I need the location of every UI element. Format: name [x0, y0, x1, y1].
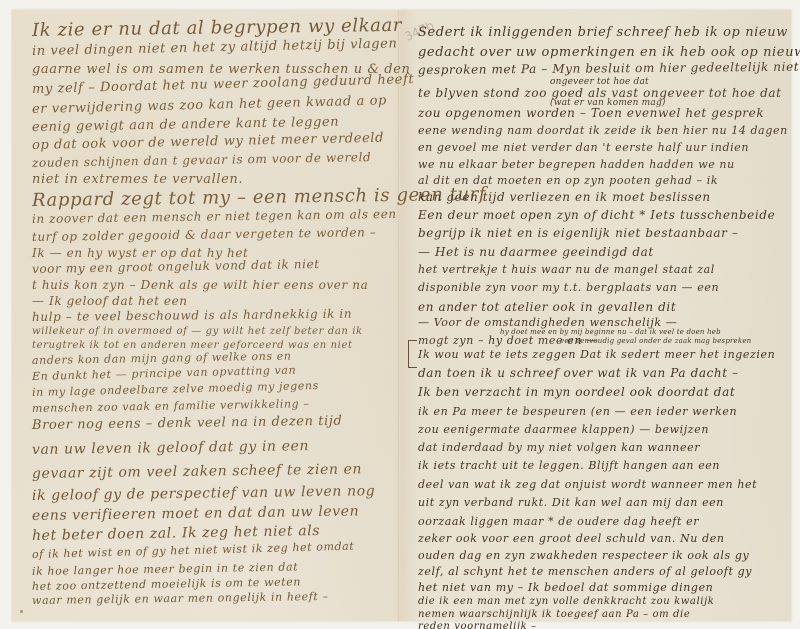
handwritten-line: waar men gelijk en waar men ongelijk in … [32, 590, 329, 607]
handwritten-line: ouden dag en zyn zwakheden respecteer ik… [418, 549, 749, 562]
handwritten-line: Een deur moet open zyn of dicht * Iets t… [418, 208, 775, 222]
handwritten-line: er verwijdering was zoo kan het geen kwa… [32, 93, 387, 117]
letter-sheet: 347b Ik zie er nu dat al begrypen wy elk… [12, 10, 791, 621]
handwritten-line: zou opgenomen worden – Toen evenwel het … [418, 106, 764, 120]
handwritten-line: oorzaak liggen maar * de oudere dag heef… [418, 515, 699, 528]
handwritten-line: zou eenigermate daarmee klappen) — bewij… [418, 423, 709, 436]
handwritten-line: kan geen tijd verliezen en ik moet besli… [418, 190, 711, 204]
handwritten-line: al dit en dat moeten en op zyn pooten ge… [418, 174, 718, 187]
left-page: Ik zie er nu dat al begrypen wy elkaar i… [12, 10, 398, 621]
handwritten-line: dat inderdaad by my niet volgen kan wann… [418, 441, 700, 454]
handwritten-line: begrijp ik niet en is eigenlijk niet bes… [418, 226, 739, 240]
paper-speck [20, 610, 23, 613]
handwritten-line: we nu elkaar beter begrepen hadden hadde… [418, 158, 735, 171]
handwritten-line: Ik ben verzacht in myn oordeel ook doord… [418, 385, 735, 399]
handwritten-line: Ik wou wat te iets zeggen Dat ik sedert … [418, 348, 775, 361]
handwritten-line: zouden schijnen dan t gevaar is om voor … [32, 150, 372, 170]
handwritten-line: — Ik geloof dat het een [32, 294, 188, 308]
handwritten-line: ik geloof gy de perspectief van uw leven… [32, 483, 375, 504]
handwritten-line: niet in extremes te vervallen. [32, 172, 243, 187]
handwritten-line: zelf, al schynt het te menschen anders o… [418, 565, 752, 578]
handwritten-line: deel van wat ik zeg dat onjuist wordt wa… [418, 478, 757, 491]
handwritten-line: hulp – te veel beschouwd is als hardnekk… [32, 307, 352, 324]
handwritten-line: willekeur of in overmoed of — gy wilt he… [32, 326, 363, 337]
handwritten-line: Broer nog eens – denk veel na in dezen t… [32, 414, 343, 433]
handwritten-line: gesproken met Pa – Myn besluit om hier g… [418, 60, 799, 77]
handwritten-line: ik iets tracht uit te leggen. Blijft han… [418, 459, 720, 472]
handwritten-line: gevaar zijt om veel zaken scheef te zien… [32, 461, 362, 482]
handwritten-line: in my lage ondeelbare zelve moedig my je… [32, 379, 319, 399]
handwritten-line: het vertrekje t huis waar nu de mangel s… [418, 263, 715, 276]
handwritten-line: nemen waarschijnlijk ik toegeef aan Pa –… [418, 609, 690, 620]
handwritten-line: uit zyn verband rukt. Dit kan wel aan mi… [418, 496, 724, 509]
handwritten-line: menschen zoo vaak en familie verwikkelin… [32, 397, 310, 415]
handwritten-line: — Het is nu daarmee geeindigd dat [418, 245, 654, 259]
handwritten-line: dan toen ik u schreef over wat ik van Pa… [418, 366, 739, 380]
handwritten-line: t huis kon zyn – Denk als ge wilt hier e… [32, 278, 368, 292]
handwritten-line: die ik een man met zyn volle denkkracht … [418, 596, 714, 607]
handwritten-line: en gevoel me niet verder dan 't eerste h… [418, 141, 749, 154]
handwritten-line: het niet van my – Ik bedoel dat sommige … [418, 581, 713, 594]
margin-bracket [408, 340, 417, 368]
interlinear-note: een eenvoudig geval onder de zaak mag be… [560, 337, 751, 345]
handwritten-line: eens verifieeren moet en dat dan uw leve… [32, 503, 359, 524]
handwritten-line: gedacht over uw opmerkingen en ik heb oo… [418, 45, 800, 60]
handwritten-line: turf op zolder gegooid & daar vergeten t… [32, 225, 377, 244]
handwritten-line: zeker ook voor een groot deel schuld van… [418, 532, 725, 545]
handwritten-line: en ander tot atelier ook in gevallen dit [418, 300, 676, 314]
handwritten-line: disponible zyn voor my t.t. bergplaats v… [418, 281, 719, 294]
handwritten-line: ik en Pa meer te bespeuren (en — een ied… [418, 405, 737, 418]
handwritten-line: terugtrek ik tot en anderen meer geforce… [32, 340, 353, 351]
handwritten-line: eene wending nam doordat ik zeide ik ben… [418, 124, 788, 137]
handwritten-line: reden voornamelijk – [418, 621, 537, 629]
right-page: Sedert ik inliggenden brief schreef heb … [400, 10, 791, 621]
handwritten-line: van uw leven ik geloof dat gy in een [32, 438, 309, 458]
handwritten-line: Sedert ik inliggenden brief schreef heb … [418, 25, 788, 40]
